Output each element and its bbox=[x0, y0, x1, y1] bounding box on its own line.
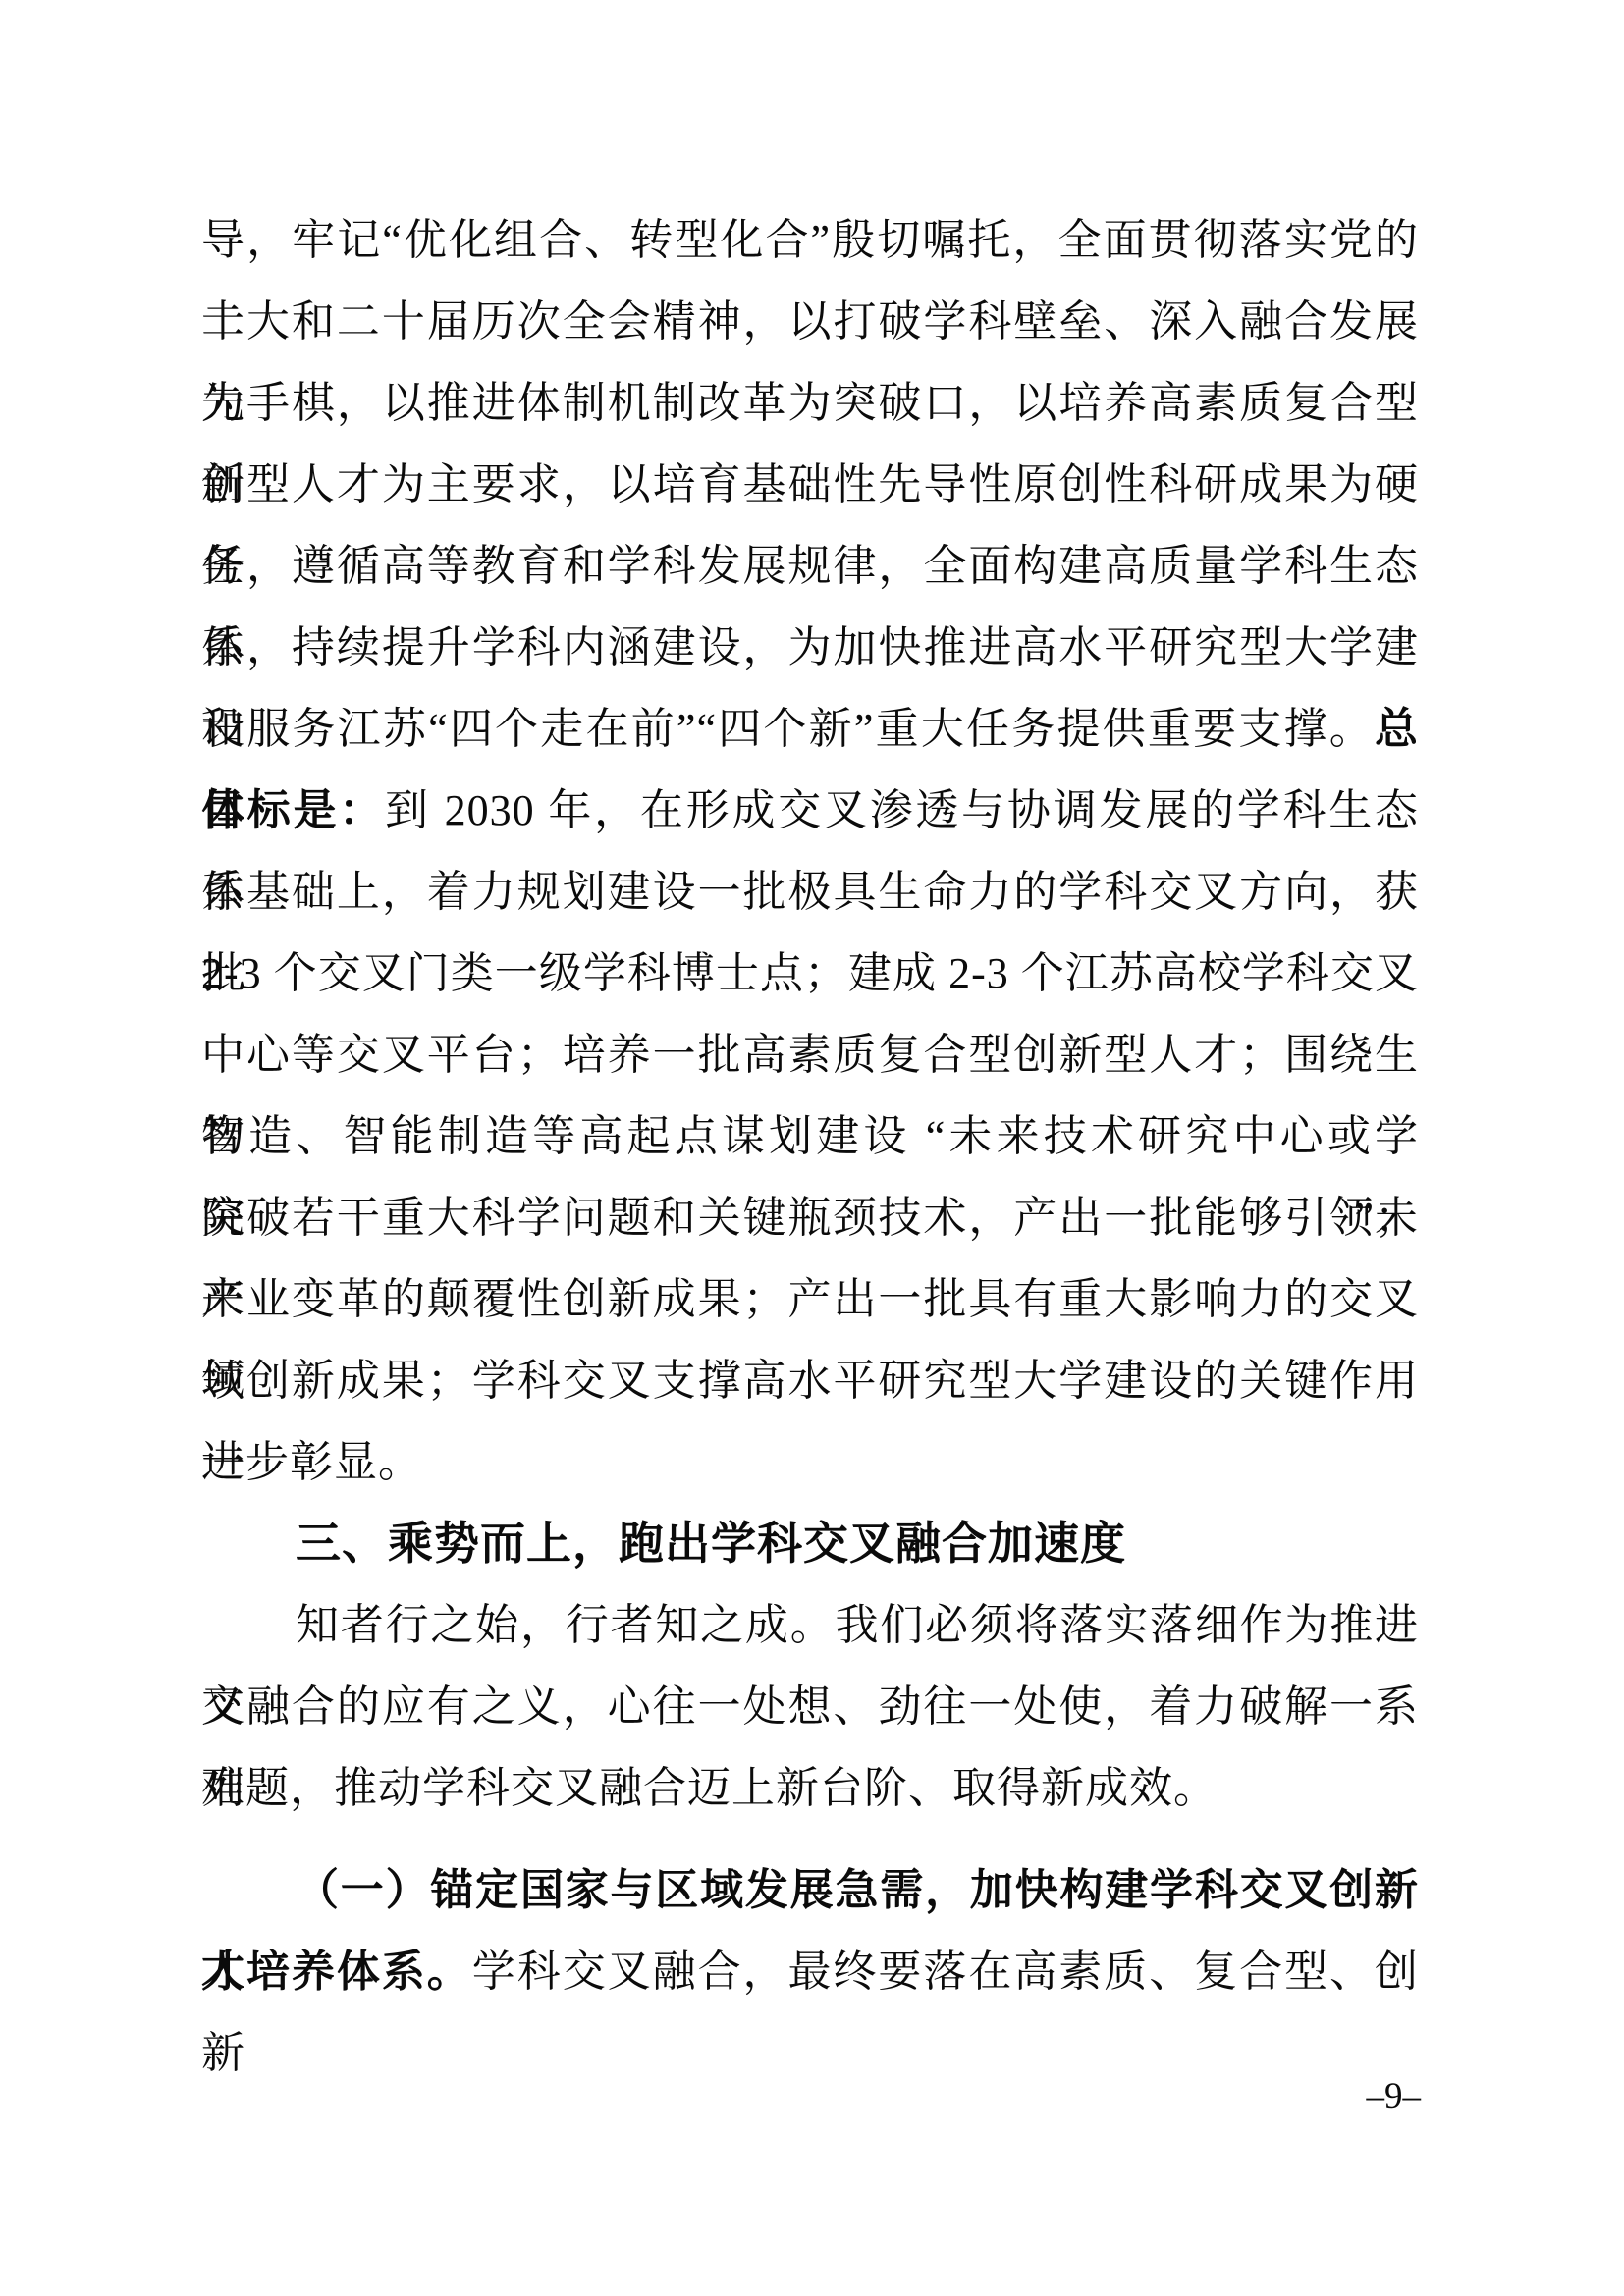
body-line-18: 知者行之始，行者知之成。我们必须将落实落细作为推进交 bbox=[201, 1584, 1419, 1666]
bold-text-run: 才培养体系。 bbox=[201, 1948, 472, 1996]
body-line-15: 域创新成果；学科交叉支撑高水平研究型大学建设的关键作用进 bbox=[201, 1340, 1419, 1421]
body-line-7: 和服务江苏“四个走在前”“四个新”重大任务提供重要支撑。总体 bbox=[201, 688, 1419, 770]
body-line-22: 才培养体系。学科交叉融合，最终要落在高素质、复合型、创新 bbox=[201, 1931, 1419, 2012]
body-line-13: 突破若干重大科学问题和关键瓶颈技术，产出一批能够引领未来 bbox=[201, 1177, 1419, 1258]
body-line-4: 新型人才为主要求，以培育基础性先导性原创性科研成果为硬任 bbox=[201, 444, 1419, 525]
text-run: 2-3 个交叉门类一级学科博士点；建成 2-3 个江苏高校学科交叉 bbox=[201, 949, 1419, 997]
body-line-8: 目标是：到 2030 年，在形成交叉渗透与协调发展的学科生态体 bbox=[201, 770, 1419, 851]
body-line-12: 智造、智能制造等高起点谋划建设 “未来技术研究中心或学院”； bbox=[201, 1095, 1419, 1177]
body-line-10: 2-3 个交叉门类一级学科博士点；建成 2-3 个江苏高校学科交叉 bbox=[201, 933, 1419, 1014]
body-line-3: 先手棋，以推进体制机制改革为突破口，以培养高素质复合型创 bbox=[201, 362, 1419, 444]
text-run: 和服务江苏“四个走在前”“四个新”重大任务提供重要支撑。 bbox=[201, 705, 1375, 753]
text-run: 难题，推动学科交叉融合迈上新台阶、取得新成效。 bbox=[201, 1764, 1218, 1812]
body-line-9: 系基础上，着力规划建设一批极具生命力的学科交叉方向，获批 bbox=[201, 851, 1419, 933]
heading-text: 三、乘势而上，跑出学科交叉融合加速度 bbox=[296, 1518, 1126, 1569]
bold-text-run: 目标是： bbox=[201, 786, 385, 834]
body-line-16: 一步彰显。 bbox=[201, 1421, 1419, 1503]
body-line-11: 中心等交叉平台；培养一批高素质复合型创新型人才；围绕生物 bbox=[201, 1014, 1419, 1095]
body-line-2: 十大和二十届历次全会精神，以打破学科壁垒、深入融合发展为 bbox=[201, 281, 1419, 362]
body-line-20: 难题，推动学科交叉融合迈上新台阶、取得新成效。 bbox=[201, 1747, 1419, 1829]
text-run: 一步彰显。 bbox=[201, 1438, 422, 1486]
document-page: 导，牢记“优化组合、转型化合”殷切嘱托，全面贯彻落实党的二 十大和二十届历次全会… bbox=[0, 0, 1624, 2296]
body-line-21: （一）锚定国家与区域发展急需，加快构建学科交叉创新人 bbox=[201, 1849, 1419, 1931]
body-line-5: 务，遵循高等教育和学科发展规律，全面构建高质量学科生态体 bbox=[201, 525, 1419, 607]
body-line-1: 导，牢记“优化组合、转型化合”殷切嘱托，全面贯彻落实党的二 bbox=[201, 199, 1419, 281]
page-number: –9– bbox=[201, 2073, 1421, 2120]
body-line-6: 系，持续提升学科内涵建设，为加快推进高水平研究型大学建设 bbox=[201, 607, 1419, 688]
text-block: 导，牢记“优化组合、转型化合”殷切嘱托，全面贯彻落实党的二 十大和二十届历次全会… bbox=[201, 199, 1419, 2012]
body-line-19: 叉融合的应有之义，心往一处想、劲往一处使，着力破解一系列 bbox=[201, 1666, 1419, 1747]
section-heading: 三、乘势而上，跑出学科交叉融合加速度 bbox=[201, 1503, 1419, 1584]
body-line-14: 产业变革的颠覆性创新成果；产出一批具有重大影响力的交叉领 bbox=[201, 1258, 1419, 1340]
